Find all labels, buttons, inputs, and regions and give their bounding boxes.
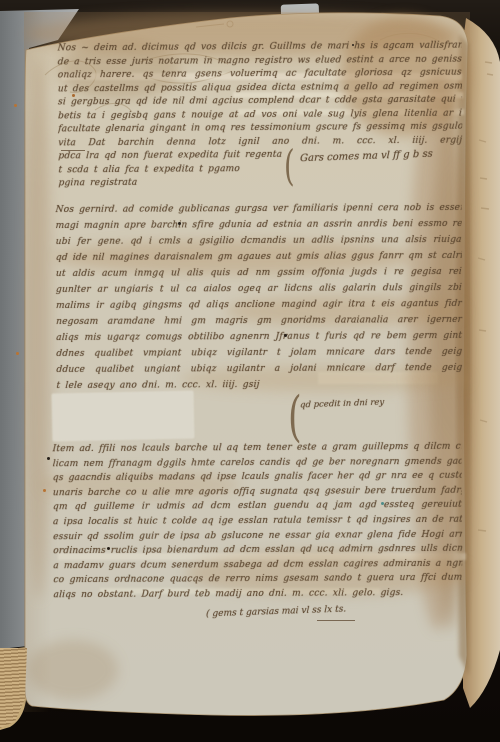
bracket-flourish: (	[284, 145, 295, 187]
bracket-flourish: (	[288, 390, 302, 444]
closing-note-underline	[317, 620, 355, 621]
handwriting-line-dated: aliqs no obstant. Darf burd teb madij an…	[53, 586, 463, 603]
vita-underline	[61, 150, 85, 151]
paragraph-2: Nos gernird. ad comide gublicanas gurgsa…	[56, 200, 463, 394]
paragraph-1: Nos ~ deim ad. dicimus qd vos dilcis gr.…	[57, 40, 462, 191]
handwriting-line-dated: t lele aseqy ano dni. m. ccc. xl. iiij. …	[56, 376, 463, 394]
registration-note: pgina registrata	[58, 175, 463, 191]
paragraph-3: Item ad. ffili nos lcauls barche ul aq t…	[53, 440, 463, 603]
manuscript-photo: Nos ~ deim ad. dicimus qd vos dilcis gr.…	[0, 0, 500, 742]
